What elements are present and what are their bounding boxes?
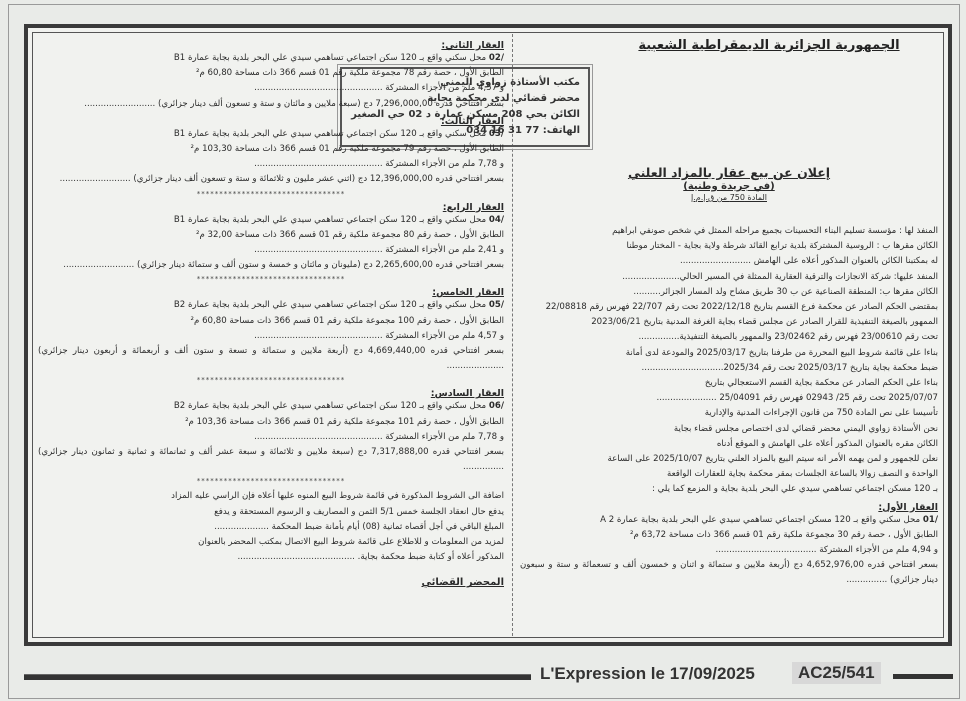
lot-1-price: بسعر افتتاحي قدره 4,652,976,00 دج (أربعة…	[520, 558, 938, 588]
lot-1-line: و 4,94 ملم من الأجزاء المشتركة .........…	[520, 543, 938, 558]
footer-rule-right	[893, 674, 953, 679]
lot-2-number: /02	[489, 53, 504, 63]
announcement-subtitle: (في جريدة وطنية)	[520, 181, 938, 192]
lot-2-line: الطابق الأول ، حصة رقم 78 مجموعة ملكية ر…	[38, 66, 504, 81]
intro-line: بـ 120 مسكن اجتماعي تساهمي سيدي علي البح…	[520, 482, 938, 497]
closing-line: اضافة الى الشروط المذكورة في قائمة شروط …	[38, 489, 504, 504]
lot-4-line: الطابق الأول ، حصة رقم 80 مجموعة ملكية ر…	[38, 228, 504, 243]
closing-line: المبلغ الباقي في أجل أقصاه ثمانية (08) أ…	[38, 520, 504, 535]
lot-2-line: /02 محل سكني واقع بـ 120 سكن اجتماعي تسا…	[38, 51, 504, 66]
right-column: الجمهورية الجزائرية الديمقراطية الشعبية …	[520, 36, 938, 589]
intro-line: بناءا على الحكم الصادر عن محكمة بجاية ال…	[520, 376, 938, 391]
lot-2-desc: محل سكني واقع بـ 120 سكن اجتماعي تساهمي …	[174, 53, 486, 63]
intro-line: نحن الأستاذة زواوي اليمني محضر قضائي لدى…	[520, 422, 938, 437]
intro-line: المنفذ لها : مؤسسة تسليم البناء التحسينا…	[520, 224, 938, 239]
lot-6-line: و 7,78 ملم من الأجزاء المشتركة .........…	[38, 430, 504, 445]
lot-3-desc: محل سكني واقع بـ 120 سكن اجتماعي تساهمي …	[174, 129, 486, 139]
republic-heading: الجمهورية الجزائرية الديمقراطية الشعبية	[600, 38, 938, 53]
lot-3-heading: العقار الثالث:	[38, 116, 504, 127]
lot-4-line: و 2,41 ملم من الأجزاء المشتركة .........…	[38, 243, 504, 258]
lot-1-desc: محل سكني واقع بـ 120 مسكن اجتماعي تساهمي…	[600, 515, 920, 525]
closing-line: يدفع حال انعقاد الجلسة خمس 5/1 الثمن و ا…	[38, 505, 504, 520]
separator-stars: *********************************	[38, 477, 504, 485]
intro-line: 2025/07/07 تحت رقم 25/ 02943 فهرس رقم 25…	[520, 391, 938, 406]
lot-4-line: /04 محل سكني واقع بـ 120 سكن اجتماعي تسا…	[38, 213, 504, 228]
left-column: العقار الثاني: /02 محل سكني واقع بـ 120 …	[38, 36, 504, 588]
intro-line: المنفذ عليها: شركة الانجازات والترقية ال…	[520, 270, 938, 285]
intro-line: تأسيسا على نص المادة 750 من قانون الإجرا…	[520, 406, 938, 421]
lot-5-line: الطابق الأول ، حصة رقم 100 مجموعة ملكية …	[38, 314, 504, 329]
lot-2-line: و 4,57 ملم من الأجزاء المشتركة .........…	[38, 81, 504, 96]
intro-line: بناءا على قائمة شروط البيع المحررة من طر…	[520, 346, 938, 361]
intro-line: الكائن مقره بالعنوان المذكور أعلاه على ا…	[520, 437, 938, 452]
closing-line: لمزيد من المعلومات و للاطلاع على قائمة ش…	[38, 535, 504, 550]
lot-5-line: /05 محل سكني واقع بـ 120 سكن اجتماعي تسا…	[38, 298, 504, 313]
lot-1-line: الطابق الأول ، حصة رقم 30 مجموعة ملكية ر…	[520, 528, 938, 543]
intro-line: له بمكتبنا الكائن بالعنوان المذكور أعلاه…	[520, 254, 938, 269]
publication-line: L'Expression le 17/09/2025	[540, 664, 755, 684]
lot-5-price: بسعر افتتاحي قدره 4,669,440,00 دج (أربعة…	[38, 344, 504, 374]
lot-3-number: /03	[489, 129, 504, 139]
lot-3-line: /03 محل سكني واقع بـ 120 سكن اجتماعي تسا…	[38, 127, 504, 142]
footer-rule-left	[24, 674, 531, 680]
intro-line: الكائن مقرها ب: المنطقة الصناعية عن ب 30…	[520, 285, 938, 300]
intro-line: الواحدة و النصف زوالا بالساعة الجلسات بم…	[520, 467, 938, 482]
separator-stars: *********************************	[38, 376, 504, 384]
signature-bailiff: المحضر القضائي	[38, 577, 504, 588]
lot-5-number: /05	[489, 300, 504, 310]
lot-6-desc: محل سكني واقع بـ 120 سكن اجتماعي تساهمي …	[174, 401, 486, 411]
lot-5-line: و 4,57 ملم من الأجزاء المشتركة .........…	[38, 329, 504, 344]
separator-stars: *********************************	[38, 190, 504, 198]
announcement-title: إعلان عن بيع عقار بالمزاد العلني	[520, 165, 938, 180]
intro-line: تحت رقم 23/00610 فهرس رقم 23/02462 والمم…	[520, 330, 938, 345]
notice-frame: الجمهورية الجزائرية الديمقراطية الشعبية …	[24, 24, 952, 646]
notice-code: AC25/541	[792, 662, 881, 684]
lot-1-line: /01 محل سكني واقع بـ 120 مسكن اجتماعي تس…	[520, 513, 938, 528]
lot-6-heading: العقار السادس:	[38, 388, 504, 399]
separator-stars: *********************************	[38, 275, 504, 283]
lot-2-price: بسعر افتتاحي قدره 7,296,000,00 دج (سبعة …	[38, 97, 504, 112]
intro-line: بمقتضى الحكم الصادر عن محكمة فرع القسم ب…	[520, 300, 938, 315]
lot-4-number: /04	[489, 215, 504, 225]
lot-6-line: الطابق الأول ، حصة رقم 101 مجموعة ملكية …	[38, 415, 504, 430]
closing-line: المذكور أعلاه أو كتابة ضبط محكمة بجاية. …	[38, 550, 504, 565]
lot-3-line: و 7,78 ملم من الأجزاء المشتركة .........…	[38, 157, 504, 172]
lot-1-number: /01	[923, 515, 938, 525]
lot-5-desc: محل سكني واقع بـ 120 سكن اجتماعي تساهمي …	[174, 300, 486, 310]
intro-line: ضبط محكمة بجاية بتاريخ 2025/03/17 تحت رق…	[520, 361, 938, 376]
lot-3-price: بسعر افتتاحي قدره 12,396,000,00 دج (اثني…	[38, 172, 504, 187]
lot-4-heading: العقار الرابع:	[38, 202, 504, 213]
lot-5-heading: العقار الخامس:	[38, 287, 504, 298]
intro-line: نعلن للجمهور و لمن يهمه الأمر انه سيتم ا…	[520, 452, 938, 467]
lot-1-heading: العقار الأول:	[520, 502, 938, 513]
lot-3-line: الطابق الأول ، حصة رقم 79 مجموعة ملكية ر…	[38, 142, 504, 157]
lot-4-price: بسعر افتتاحي قدره 2,265,600,00 دج (مليون…	[38, 258, 504, 273]
intro-line: الكائن مقرها ب : الروسية المشتركة بلدية …	[520, 239, 938, 254]
announcement-legal-ref: المادة 750 من ق.إ.م.إ	[520, 193, 938, 202]
lot-6-line: /06 محل سكني واقع بـ 120 سكن اجتماعي تسا…	[38, 399, 504, 414]
lot-6-number: /06	[489, 401, 504, 411]
lot-6-price: بسعر افتتاحي قدره 7,317,888,00 دج (سبعة …	[38, 445, 504, 475]
intro-line: الممهور بالصيغة التنفيذية للقرار الصادر …	[520, 315, 938, 330]
lot-4-desc: محل سكني واقع بـ 120 سكن اجتماعي تساهمي …	[174, 215, 486, 225]
lot-2-heading: العقار الثاني:	[38, 40, 504, 51]
